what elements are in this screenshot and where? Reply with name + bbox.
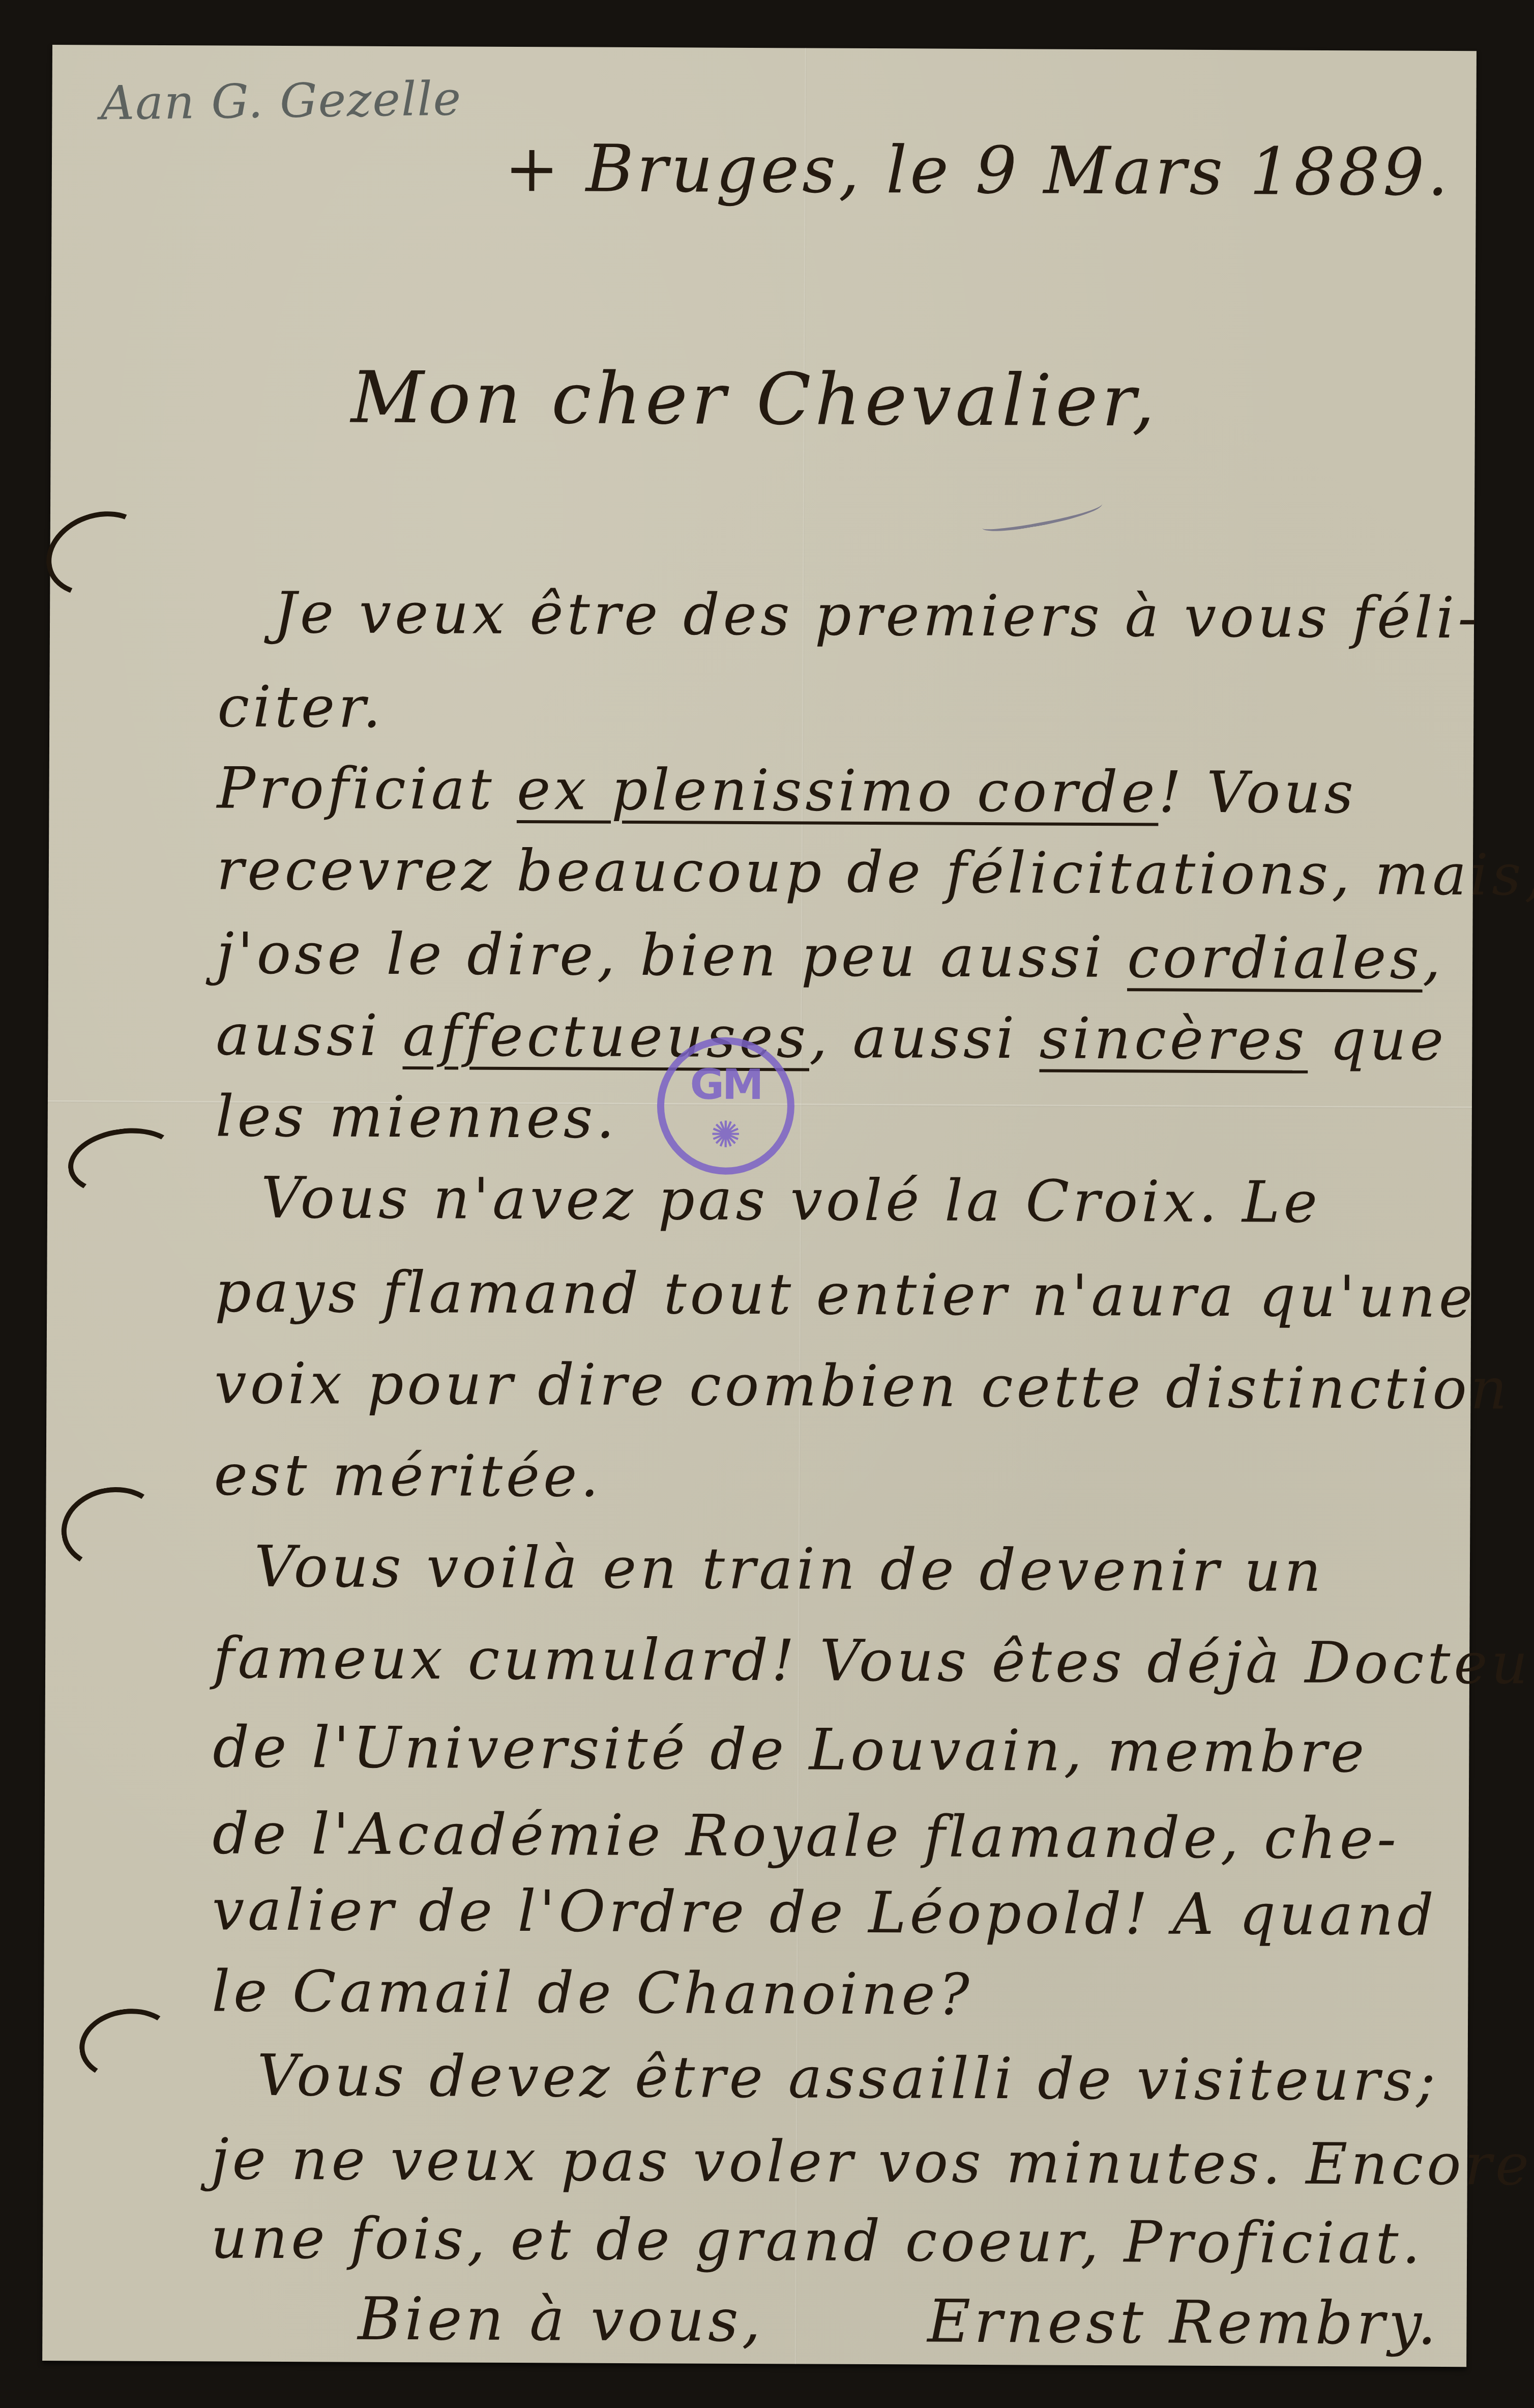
initial-flourish bbox=[35, 498, 163, 611]
salutation: Mon cher Chevalier, bbox=[351, 357, 1159, 443]
body-text: ! Vous bbox=[1158, 760, 1357, 827]
underlined-word: cordiales bbox=[1127, 924, 1423, 992]
body-text: aussi bbox=[216, 1002, 403, 1069]
body-text: que bbox=[1308, 1007, 1447, 1074]
underlined-word: sincères bbox=[1039, 1005, 1308, 1072]
initial-flourish bbox=[64, 1121, 184, 1202]
signature: Ernest Rembry. bbox=[927, 2287, 1440, 2358]
collection-stamp: GM ✺ bbox=[657, 1037, 794, 1175]
body-line: de l'Académie Royale flamande, che- bbox=[212, 1801, 1400, 1872]
body-line: je ne veux pas voler vos minutes. Encore bbox=[211, 2126, 1533, 2198]
stamp-monogram: GM bbox=[664, 1060, 787, 1109]
body-line: est méritée. bbox=[214, 1442, 602, 1510]
pencil-underline-mark bbox=[981, 497, 1104, 535]
initial-flourish bbox=[75, 2003, 180, 2086]
body-line: valier de l'Ordre de Léopold! A quand bbox=[212, 1877, 1437, 1949]
body-line: fameux cumulard! Vous êtes déjà Docteur bbox=[213, 1625, 1534, 1697]
body-text: j'ose le dire, bien peu aussi bbox=[216, 920, 1128, 991]
body-text: , bbox=[1423, 926, 1444, 992]
body-line: recevrez beaucoup de félicitations, mais… bbox=[217, 836, 1534, 908]
body-line: j'ose le dire, bien peu aussi cordiales, bbox=[216, 920, 1444, 992]
body-line: Proficiat ex plenissimo corde! Vous bbox=[217, 755, 1357, 826]
body-line: Vous voilà en train de devenir un bbox=[254, 1534, 1325, 1605]
archival-pencil-note: Aan G. Gezelle bbox=[100, 71, 462, 130]
body-line: de l'Université de Louvain, membre bbox=[213, 1714, 1368, 1785]
letter-page: Aan G. Gezelle + Bruges, le 9 Mars 1889.… bbox=[42, 45, 1477, 2367]
bee-icon: ✺ bbox=[710, 1113, 741, 1156]
body-line: aussi affectueuses, aussi sincères que bbox=[216, 1002, 1447, 1074]
body-text: , aussi bbox=[809, 1005, 1040, 1072]
body-line: pays flamand tout entier n'aura qu'une bbox=[215, 1259, 1477, 1330]
body-line: Vous devez être assailli de visiteurs; bbox=[257, 2043, 1439, 2114]
body-line: les miennes. bbox=[216, 1083, 618, 1151]
body-line: Vous n'avez pas volé la Croix. Le bbox=[261, 1165, 1321, 1236]
body-text: Proficiat bbox=[217, 755, 517, 823]
body-line: voix pour dire combien cette distinction bbox=[214, 1350, 1511, 1422]
body-line: citer. bbox=[217, 674, 385, 740]
closing: Bien à vous, bbox=[358, 2285, 764, 2355]
body-line: une fois, et de grand coeur, Proficiat. bbox=[211, 2205, 1424, 2276]
body-line: le Camail de Chanoine? bbox=[212, 1958, 973, 2028]
dateline: + Bruges, le 9 Mars 1889. bbox=[505, 131, 1452, 211]
initial-flourish bbox=[55, 1479, 169, 1577]
underlined-phrase: ex plenissimo corde bbox=[517, 757, 1159, 826]
body-line: Je veux être des premiers à vous féli- bbox=[274, 580, 1481, 651]
